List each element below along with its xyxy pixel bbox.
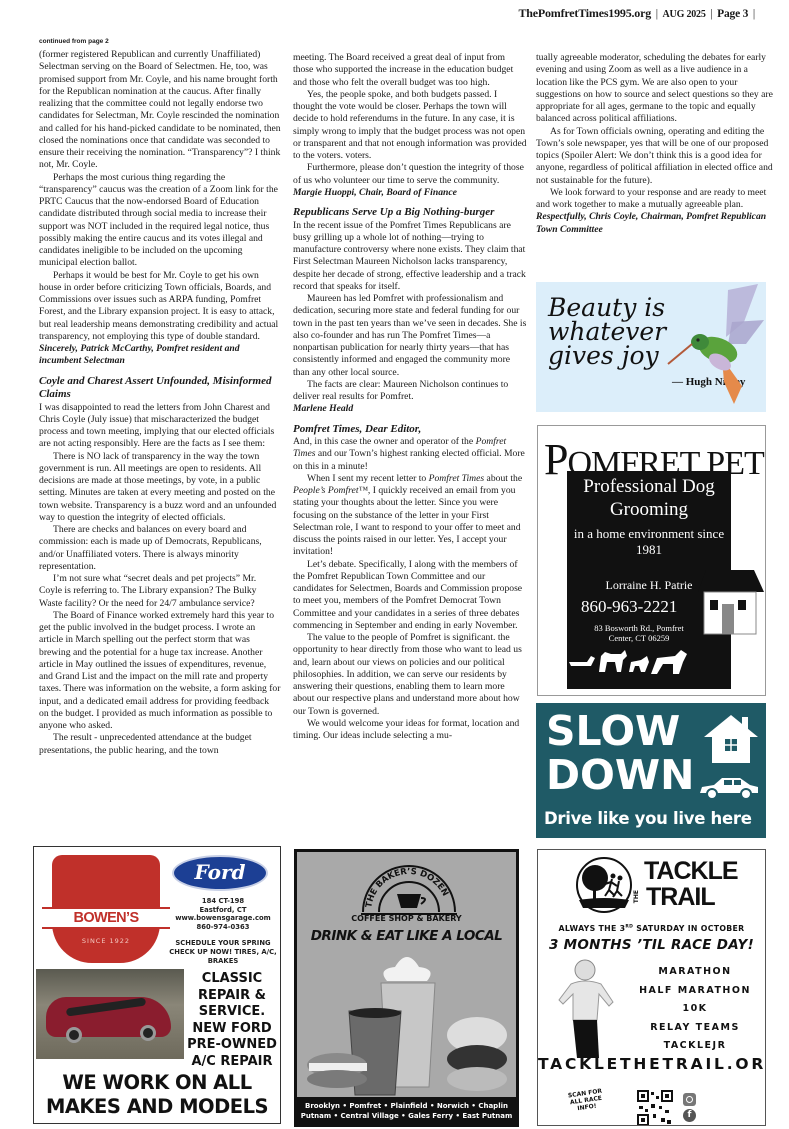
site-name: ThePomfretTimes1995.org: [518, 6, 651, 20]
ford-logo: Ford: [172, 855, 268, 891]
dogs-silhouette-icon: [567, 648, 697, 676]
quote-text: Beauty is whatever gives joy: [548, 296, 666, 368]
column-3: tually agreeable moderator, scheduling t…: [536, 52, 776, 236]
pets-since: in a home environment since 1981: [567, 526, 731, 558]
tackle-the-trail-ad: TACKLE THE TRAIL ALWAYS THE 3RD SATURDAY…: [537, 849, 766, 1126]
race-item: HALF MARATHON: [630, 982, 760, 1001]
continued-note: continued from page 2: [39, 38, 281, 46]
letter-headline: Republicans Serve Up a Big Nothing-burge…: [293, 206, 527, 220]
paragraph: As for Town officials owning, operating …: [536, 126, 776, 187]
pomfret-pets-ad: POMFRET PETS Professional Dog Grooming i…: [537, 425, 766, 696]
issue-date: AUG 2025: [663, 9, 706, 20]
letter-signature: Sincerely, Patrick McCarthy, Pomfret res…: [39, 343, 240, 366]
tackle-url: TACKLETHETRAIL.ORG: [538, 1055, 765, 1073]
column-1: continued from page 2 (former registered…: [39, 38, 281, 757]
paragraph: Maureen has led Pomfret with professiona…: [293, 293, 527, 379]
bowens-slogan: WE WORK ON ALL MAKES AND MODELS: [34, 1071, 280, 1119]
page-header: ThePomfretTimes1995.org | AUG 2025 | Pag…: [518, 6, 757, 21]
letter-headline: Pomfret Times, Dear Editor,: [293, 423, 527, 437]
column-2: meeting. The Board received a great deal…: [293, 52, 527, 742]
car-icon: [698, 775, 760, 801]
runner-photo: [553, 958, 633, 1058]
paragraph: We would welcome your ideas for format, …: [293, 718, 527, 743]
bakers-locations: Brooklyn • Pomfret • Plainfield • Norwic…: [294, 1097, 519, 1127]
doghouse-icon: [698, 568, 766, 636]
race-countdown: 3 MONTHS ’TIL RACE DAY!: [538, 937, 765, 953]
paragraph: Perhaps the most curious thing regarding…: [39, 172, 281, 270]
paragraph: tually agreeable moderator, scheduling t…: [536, 52, 776, 126]
paragraph: Perhaps it would be best for Mr. Coyle t…: [39, 270, 281, 368]
paragraph: The result - unprecedented attendance at…: [39, 732, 281, 757]
paragraph: I’m not sure what “secret deals and pet …: [39, 573, 281, 610]
bakers-subtitle: COFFEE SHOP & BAKERY: [297, 914, 516, 923]
instagram-icon[interactable]: [683, 1093, 696, 1106]
pets-address: 83 Bosworth Rd., Pomfret Center, CT 0625…: [589, 623, 689, 643]
paragraph: The value to the people of Pomfret is si…: [293, 632, 527, 718]
race-item: 10K: [630, 1000, 760, 1019]
beauty-quote-ad: Beauty is whatever gives joy — Hugh Nibl…: [536, 282, 766, 412]
pets-service: Professional Dog Grooming: [567, 475, 731, 521]
letter-signature: Margie Huoppi, Chair, Board of Finance: [293, 187, 457, 198]
paragraph: The facts are clear: Maureen Nicholson c…: [293, 379, 527, 404]
slow-word: SLOW: [546, 709, 680, 753]
qr-code-icon: [637, 1090, 673, 1126]
bakers-dozen-logo: THE BAKER’S DOZEN: [359, 854, 459, 916]
race-item: RELAY TEAMS: [630, 1019, 760, 1038]
scan-note: SCAN FOR ALL RACE INFO!: [565, 1087, 608, 1113]
tackle-word: TACKLE: [644, 858, 738, 884]
page-number: Page 3: [717, 8, 748, 20]
paragraph: In the recent issue of the Pomfret Times…: [293, 220, 527, 294]
trail-runners-logo: [575, 856, 633, 914]
paragraph: Yes, the people spoke, and both budgets …: [293, 89, 527, 163]
race-schedule: ALWAYS THE 3RD SATURDAY IN OCTOBER: [538, 924, 765, 933]
paragraph: And, in this case the owner and operator…: [293, 436, 527, 473]
race-item: MARATHON: [630, 963, 760, 982]
the-word: THE: [633, 890, 640, 903]
paragraph: The Board of Finance worked extremely ha…: [39, 610, 281, 733]
trail-word: TRAIL: [646, 884, 715, 910]
paragraph: When I sent my recent letter to Pomfret …: [293, 473, 527, 559]
paragraph: (former registered Republican and curren…: [39, 49, 281, 172]
coffee-and-pastries-image: [297, 947, 516, 1097]
bakers-tagline: DRINK & EAT LIKE A LOCAL: [297, 928, 516, 944]
house-icon: [702, 713, 760, 765]
paragraph: We look forward to your response and are…: [536, 187, 776, 236]
slow-down-ad: SLOW DOWN Drive like you live here: [536, 703, 766, 838]
bowens-schedule: SCHEDULE YOUR SPRING CHECK UP NOW! TIRES…: [168, 939, 278, 965]
bakers-dozen-ad: THE BAKER’S DOZEN COFFEE SHOP & BAKERY D…: [294, 849, 519, 1127]
paragraph: meeting. The Board received a great deal…: [293, 52, 527, 89]
bowens-logo: BOWEN’S GARAGE SINCE 1922: [42, 855, 170, 963]
paragraph: There is NO lack of transparency in the …: [39, 451, 281, 525]
paragraph: I was disappointed to read the letters f…: [39, 402, 281, 451]
bowens-services: CLASSIC REPAIR & SERVICE. NEW FORD PRE-O…: [184, 971, 280, 1070]
paragraph: Furthermore, please don’t question the i…: [293, 162, 527, 199]
letter-signature: Respectfully, Chris Coyle, Chairman, Pom…: [536, 211, 766, 234]
slow-tagline: Drive like you live here: [544, 809, 752, 828]
paragraph: There are checks and balances on every b…: [39, 524, 281, 573]
down-word: DOWN: [546, 753, 694, 797]
letter-headline: Coyle and Charest Assert Unfounded, Misi…: [39, 375, 281, 402]
race-list: MARATHON HALF MARATHON 10K RELAY TEAMS T…: [630, 963, 760, 1056]
facebook-icon[interactable]: f: [683, 1109, 696, 1122]
bowens-contact: 184 CT-198 Eastford, CT www.bowensgarage…: [170, 897, 276, 931]
classic-car-photo: [36, 969, 184, 1059]
paragraph: Let’s debate. Specifically, I along with…: [293, 559, 527, 633]
bowens-garage-ad: BOWEN’S GARAGE SINCE 1922 Ford 184 CT-19…: [33, 846, 281, 1124]
race-item: TACKLEJR: [630, 1037, 760, 1056]
letter-signature: Marlene Heald: [293, 403, 527, 415]
hummingbird-icon: [666, 282, 766, 407]
